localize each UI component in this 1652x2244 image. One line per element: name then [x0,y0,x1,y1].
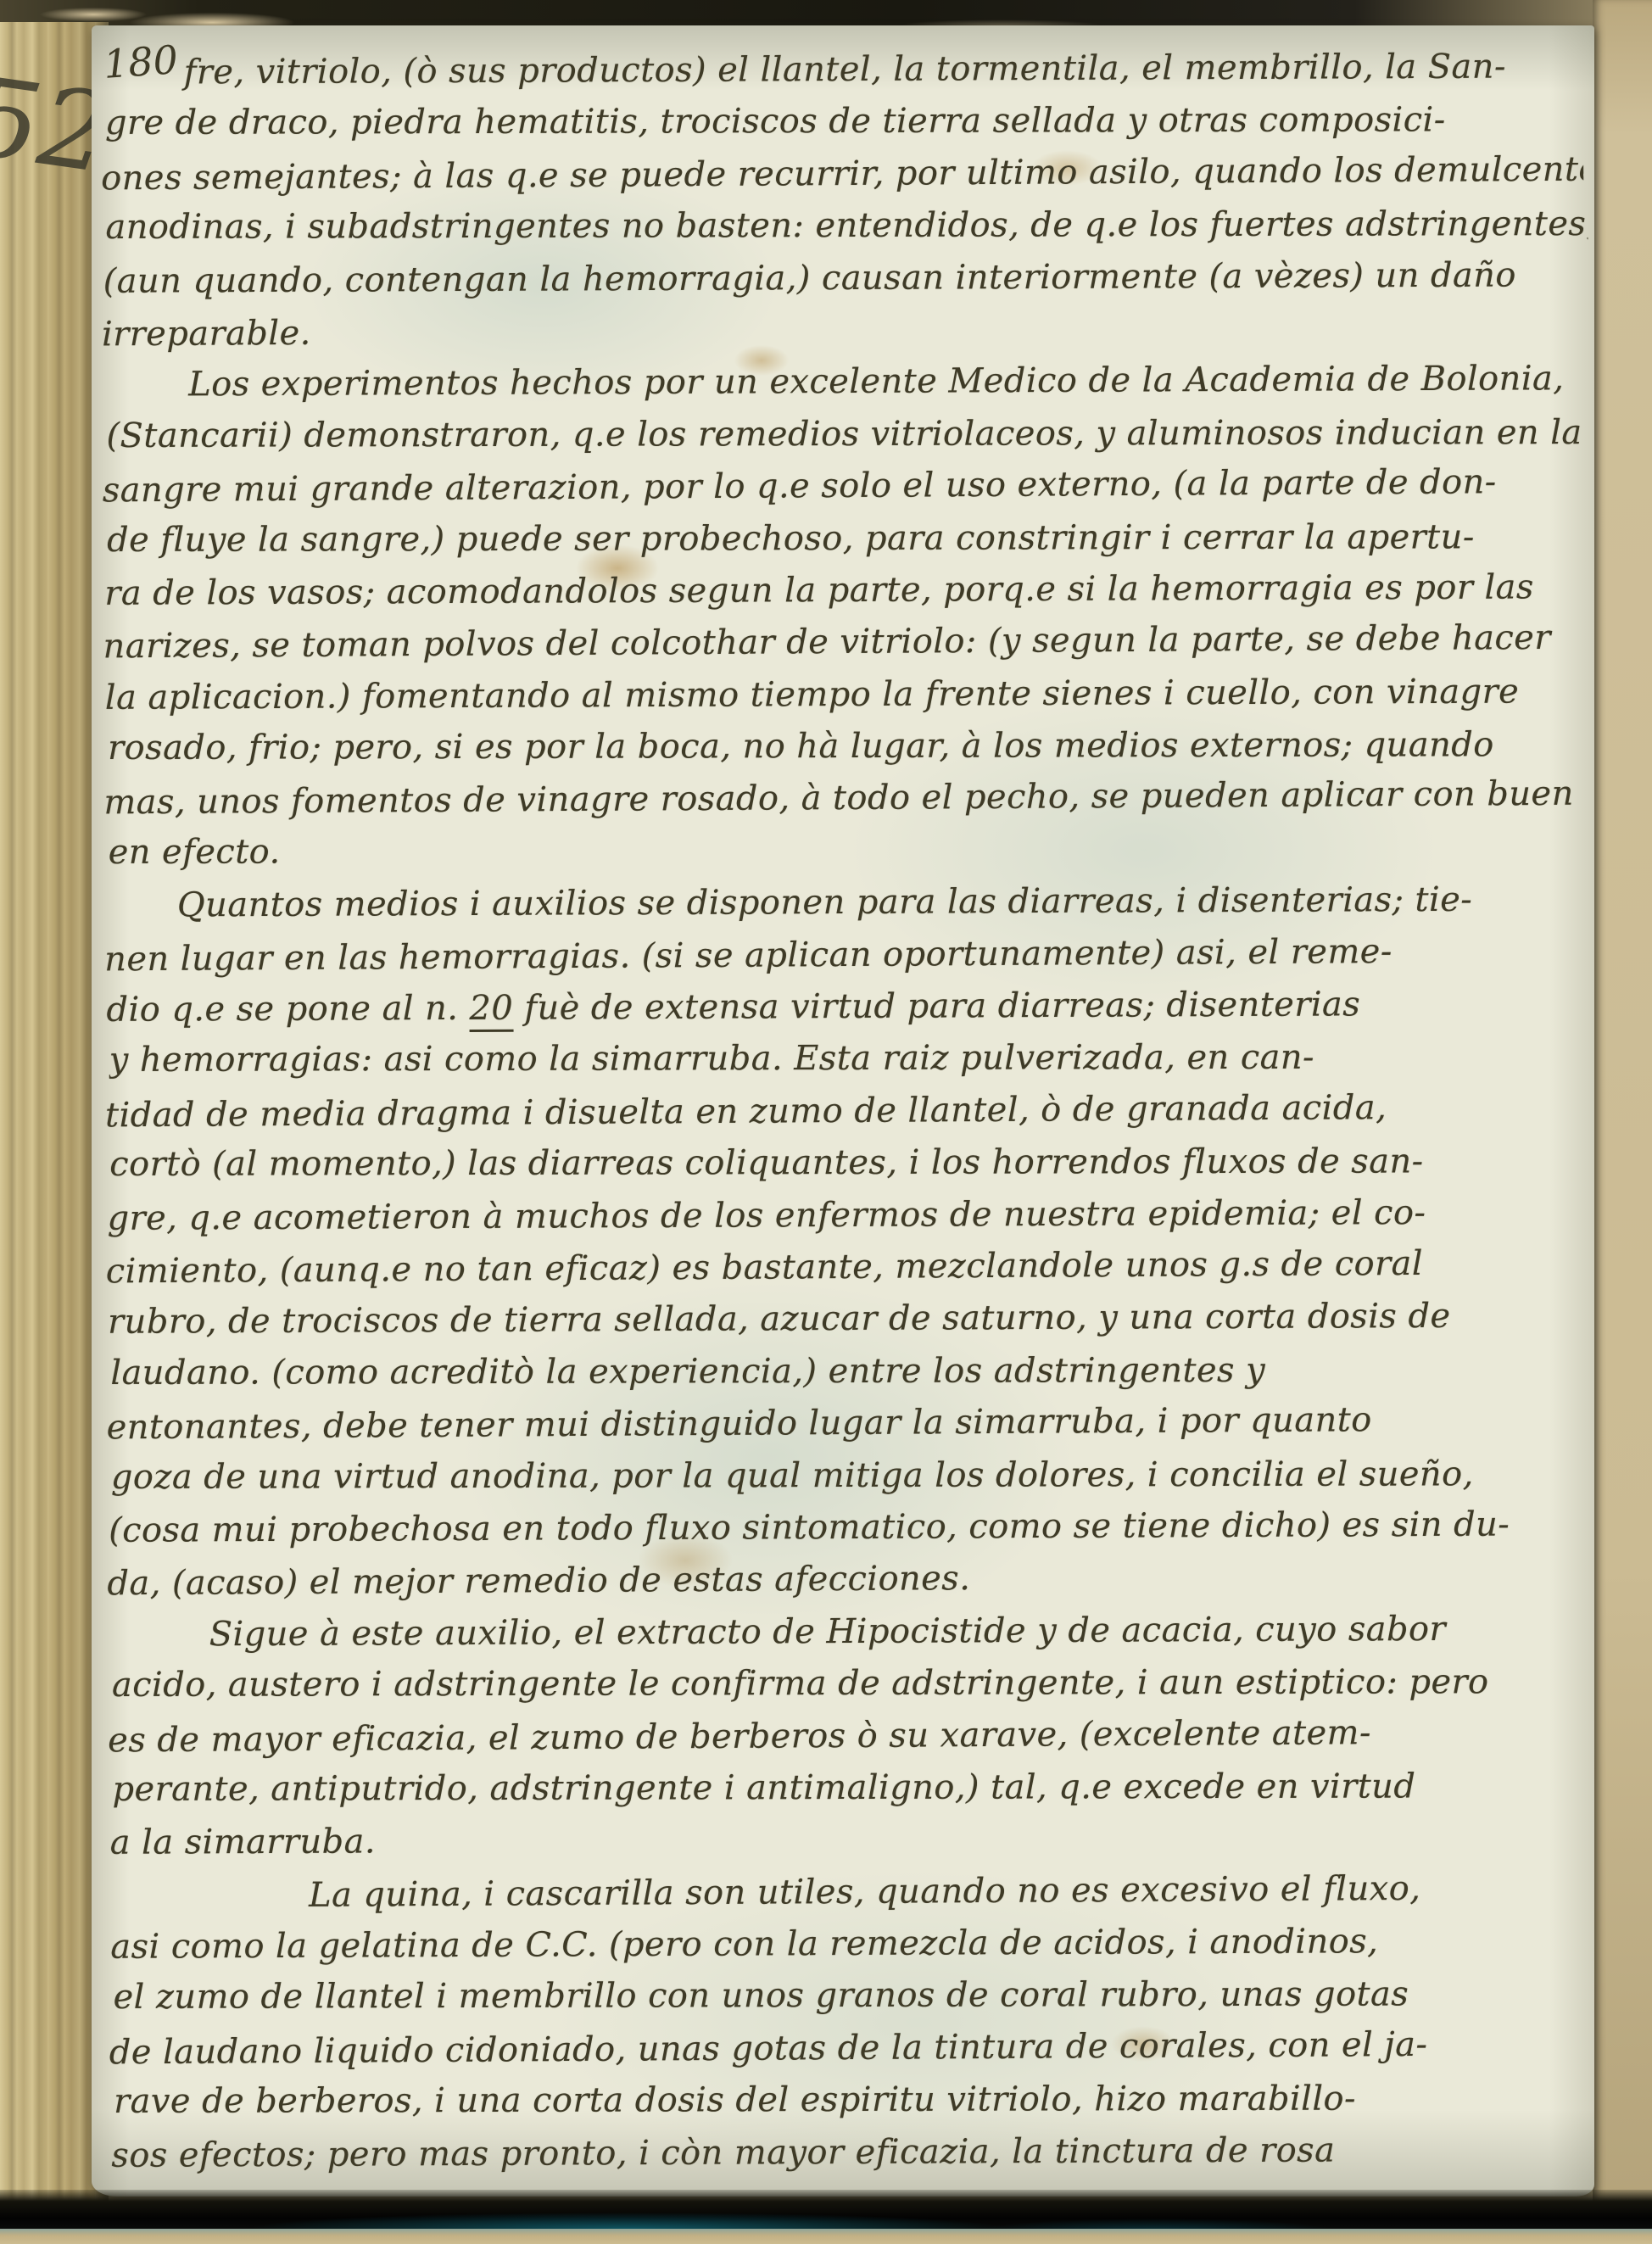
manuscript-line: fre, vitriolo, (ò sus productos) el llan… [103,41,1585,99]
manuscript-line: de fluye la sangre,) puede ser probechos… [107,511,1589,567]
manuscript-line: sangre mui grande alterazion, por lo q.e… [103,456,1585,517]
book-bottom-edge [0,2190,1652,2230]
manuscript-line: (aun quando, contengan la hemorragia,) c… [103,249,1586,308]
book-scan: 52 180 fre, vitriolo, (ò sus productos) … [0,0,1652,2244]
manuscript-line: tidad de media dragma i disuelta en zumo… [105,1080,1588,1142]
manuscript-line: la aplicacion.) fomentando al mismo tiem… [105,666,1588,724]
page-stack-right-edge [1593,0,1652,2244]
manuscript-line: a la simarruba. [110,1811,1593,1869]
manuscript-line: goza de una virtud anodina, por la qual … [111,1449,1593,1504]
manuscript-line: anodinas, i subadstringentes no basten: … [105,198,1588,254]
manuscript-line: gre de draco, piedra hematitis, trocisco… [105,94,1588,149]
manuscript-line: narizes, se toman polvos del colcothar d… [103,612,1585,673]
manuscript-line: perante, antiputrido, adstringente i ant… [112,1761,1594,1816]
manuscript-line: sos efectos; pero mas pronto, i còn mayo… [111,2124,1593,2182]
manuscript-line: nen lugar en las hemorragias. (si se apl… [104,924,1587,985]
manuscript-line: ra de los vasos; acomodandolos segun la … [104,561,1587,620]
table-surface-strip [0,2229,1652,2244]
manuscript-line: rave de berberos, i una corta dosis del … [114,2073,1594,2128]
manuscript-line: rubro, de trociscos de tierra sellada, a… [108,1291,1590,1349]
manuscript-line: cimiento, (aunq.e no tan eficaz) es bast… [106,1237,1588,1298]
manuscript-text-block: fre, vitriolo, (ò sus productos) el llan… [103,41,1594,2182]
manuscript-line: asi como la gelatina de C.C. (pero con l… [110,1915,1593,1973]
manuscript-line: irreparable. [102,300,1584,361]
manuscript-line: (cosa mui probechosa en todo fluxo sinto… [109,1499,1591,1557]
manuscript-line-segment: dio q.e se pone al n. [106,989,469,1030]
manuscript-line: gre, q.e acometieron à muchos de los enf… [107,1186,1589,1245]
manuscript-line: entonantes, debe tener mui distinguido l… [106,1393,1588,1454]
manuscript-line: rosado, frio; pero, si es por la boca, n… [108,719,1590,774]
manuscript-line: cortò (al momento,) las diarreas coliqua… [109,1136,1592,1191]
manuscript-line: laudano. (como acreditò la experiencia,)… [110,1344,1593,1399]
manuscript-line: en efecto. [109,823,1591,879]
manuscript-line: ones semejantes; à las q.e se puede recu… [101,143,1583,204]
manuscript-line: (Stancarii) demonstraron, q.e los remedi… [106,407,1588,462]
manuscript-line: y hemorragias: asi como la simarruba. Es… [109,1031,1592,1086]
manuscript-line: acido, austero i adstringente le confirm… [112,1656,1594,1711]
manuscript-line: el zumo de llantel i membrillo con unos … [113,1968,1594,2024]
manuscript-page: 180 fre, vitriolo, (ò sus productos) el … [92,25,1594,2197]
manuscript-line: La quina, i cascarilla son utiles, quand… [109,1862,1591,1923]
manuscript-line: Quantos medios i auxilios se disponen pa… [106,874,1588,932]
manuscript-line: Sigue à este auxilio, el extracto de Hip… [109,1603,1592,1661]
manuscript-line: da, (acaso) el mejor remedio de estas af… [107,1549,1589,1610]
underlined-number: 20 [469,989,513,1032]
manuscript-line-segment: fuè de extensa virtud para diarreas; dis… [513,985,1360,1027]
manuscript-line: mas, unos fomentos de vinagre rosado, à … [103,768,1586,829]
manuscript-line: es de mayor eficazia, el zumo de berbero… [108,1705,1590,1767]
manuscript-line: Los experimentos hechos por un excelente… [103,354,1586,412]
manuscript-line: dio q.e se pone al n. 20 fuè de extensa … [106,978,1588,1036]
manuscript-line: de laudano liquido cidoniado, unas gotas… [109,2018,1592,2079]
